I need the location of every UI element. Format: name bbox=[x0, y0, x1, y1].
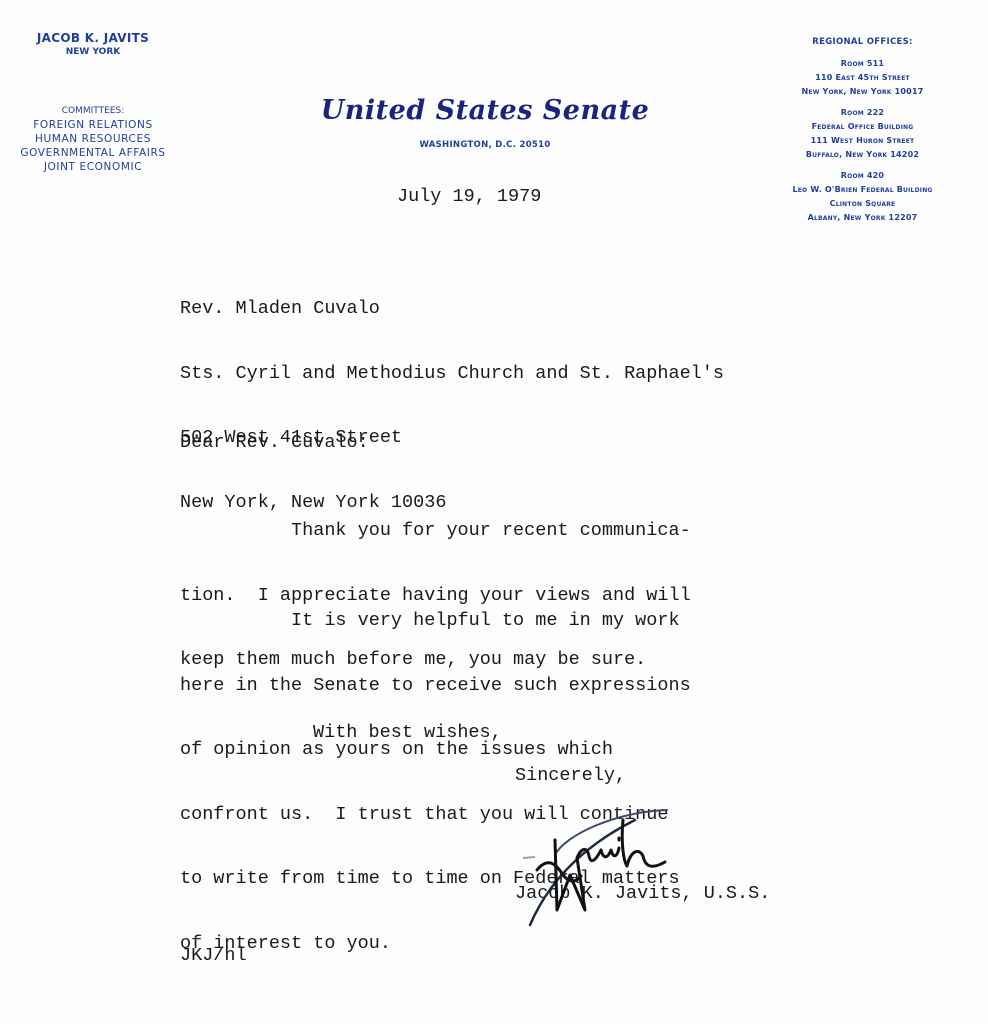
committees-title: COMMITTEES: bbox=[0, 104, 186, 118]
senate-city-line: WASHINGTON, D.C. 20510 bbox=[290, 140, 680, 150]
office-line: Albany, New York 12207 bbox=[750, 211, 975, 225]
senator-name: JACOB K. JAVITS bbox=[0, 30, 186, 46]
paragraph-line: of interest to you. bbox=[180, 933, 691, 955]
committee-item: JOINT ECONOMIC bbox=[0, 160, 186, 174]
regional-offices: REGIONAL OFFICES: Room 511 110 East 45th… bbox=[750, 36, 975, 232]
address-line: Sts. Cyril and Methodius Church and St. … bbox=[180, 363, 724, 385]
senator-state: NEW YORK bbox=[0, 46, 186, 58]
address-line: Rev. Mladen Cuvalo bbox=[180, 298, 724, 320]
office-new-york: Room 511 110 East 45th Street New York, … bbox=[750, 57, 975, 99]
paragraph-line: Thank you for your recent communica- bbox=[180, 520, 691, 542]
office-line: 110 East 45th Street bbox=[750, 71, 975, 85]
senator-header: JACOB K. JAVITS NEW YORK COMMITTEES: FOR… bbox=[0, 30, 186, 174]
office-albany: Room 420 Leo W. O'Brien Federal Building… bbox=[750, 169, 975, 225]
committee-item: GOVERNMENTAL AFFAIRS bbox=[0, 146, 186, 160]
closing: Sincerely, bbox=[515, 765, 626, 787]
office-line: Federal Office Building bbox=[750, 120, 975, 134]
office-line: Room 511 bbox=[750, 57, 975, 71]
senate-masthead: United States Senate WASHINGTON, D.C. 20… bbox=[290, 94, 680, 150]
office-line: Clinton Square bbox=[750, 197, 975, 211]
salutation: Dear Rev. Cuvalo: bbox=[180, 432, 369, 454]
letter-page: JACOB K. JAVITS NEW YORK COMMITTEES: FOR… bbox=[0, 0, 988, 1024]
committee-item: HUMAN RESOURCES bbox=[0, 132, 186, 146]
paragraph-line: It is very helpful to me in my work bbox=[180, 610, 691, 632]
office-line: Leo W. O'Brien Federal Building bbox=[750, 183, 975, 197]
regional-offices-title: REGIONAL OFFICES: bbox=[750, 36, 975, 48]
office-line: New York, New York 10017 bbox=[750, 85, 975, 99]
senate-title: United States Senate bbox=[290, 94, 680, 128]
office-line: Room 420 bbox=[750, 169, 975, 183]
paragraph-line: here in the Senate to receive such expre… bbox=[180, 675, 691, 697]
office-line: Room 222 bbox=[750, 106, 975, 120]
office-buffalo: Room 222 Federal Office Building 111 Wes… bbox=[750, 106, 975, 162]
office-line: 111 West Huron Street bbox=[750, 134, 975, 148]
letter-date: July 19, 1979 bbox=[397, 186, 541, 208]
committee-item: FOREIGN RELATIONS bbox=[0, 118, 186, 132]
handwritten-signature bbox=[515, 800, 695, 930]
office-line: Buffalo, New York 14202 bbox=[750, 148, 975, 162]
reference-initials: JKJ/hl bbox=[180, 945, 247, 967]
closing-wishes: With best wishes, bbox=[313, 722, 502, 744]
